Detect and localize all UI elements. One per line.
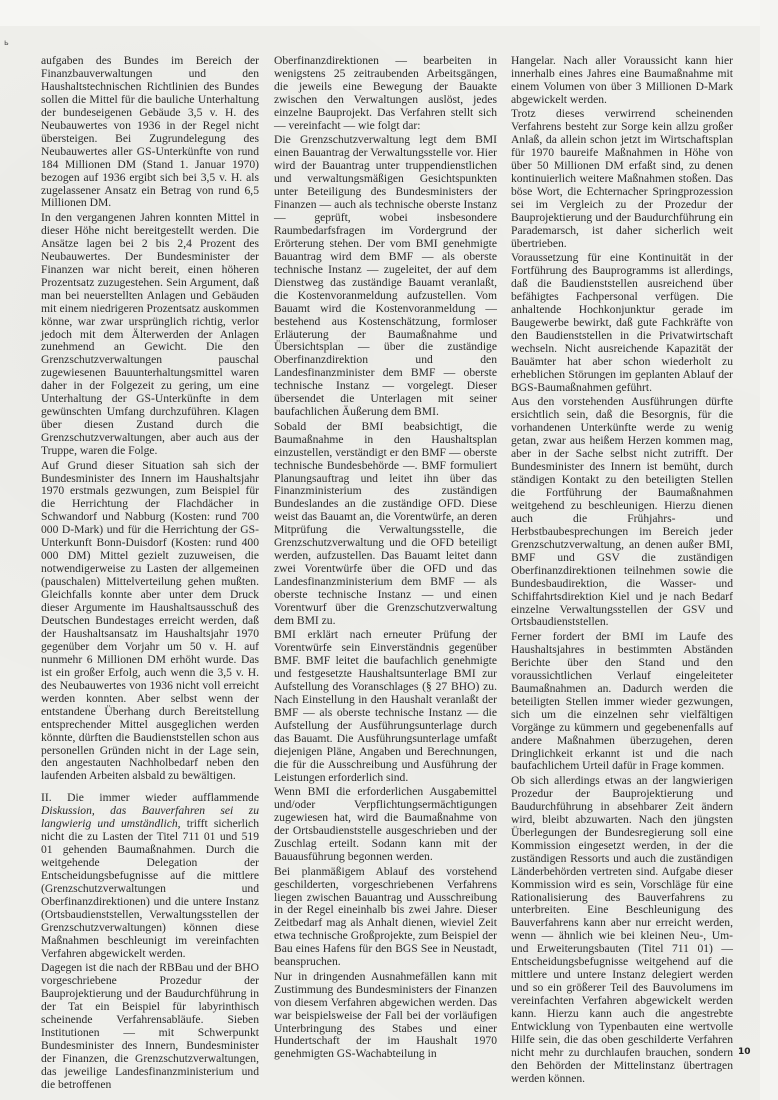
paragraph: Aus den vorstehenden Ausführungen dürfte… [511,396,733,629]
paragraph: Die Grenzschutzverwaltung legt dem BMI e… [274,134,497,419]
paragraph: Voraussetzung für eine Kontinuität in de… [511,252,733,394]
text-column-3: Hangelar. Nach aller Voraussicht kann hi… [511,55,733,1087]
paragraph: Oberfinanzdirektionen — bearbeiten in we… [274,55,497,133]
paragraph: In den vergangenen Jahren konnten Mittel… [41,212,259,458]
margin-mark: ь [4,38,9,47]
text-column-2: Oberfinanzdirektionen — bearbeiten in we… [274,55,497,1063]
paragraph: aufgaben des Bundes im Bereich der Finan… [41,55,259,210]
scan-top-margin [0,0,778,26]
paragraph: Nur in dringenden Ausnahmefällen kann mi… [274,971,497,1062]
text-column-1: aufgaben des Bundes im Bereich der Finan… [41,55,259,1093]
paragraph: Hangelar. Nach aller Voraussicht kann hi… [511,55,733,107]
section-ii-paragraph: II. Die immer wieder aufflammende Diskus… [41,792,259,960]
paragraph: Ferner fordert der BMI im Laufe des Haus… [511,631,733,773]
paragraph: Wenn BMI die erforderlichen Ausgabemitte… [274,786,497,864]
paragraph: Auf Grund dieser Situation sah sich der … [41,460,259,784]
paragraph: Trotz dieses verwirrend scheinenden Verf… [511,108,733,250]
paragraph: Bei planmäßigem Ablauf des vorstehend ge… [274,866,497,970]
section-ii-lead: II. Die immer wieder aufflammende [41,791,259,804]
section-ii-rest: trifft sicherlich nicht die zu Lasten de… [41,817,259,960]
page-number: 10 [738,1047,751,1057]
paragraph: Dagegen ist die nach der RBBau und der B… [41,962,259,1092]
scan-right-margin [760,0,778,1100]
paragraph: Ob sich allerdings etwas an der langwier… [511,775,733,1086]
document-page: ь aufgaben des Bundes im Bereich der Fin… [0,0,778,1100]
paragraph: BMI erklärt nach erneuter Prüfung der Vo… [274,629,497,784]
paragraph: Sobald der BMI beabsichtigt, die Baumaßn… [274,421,497,628]
